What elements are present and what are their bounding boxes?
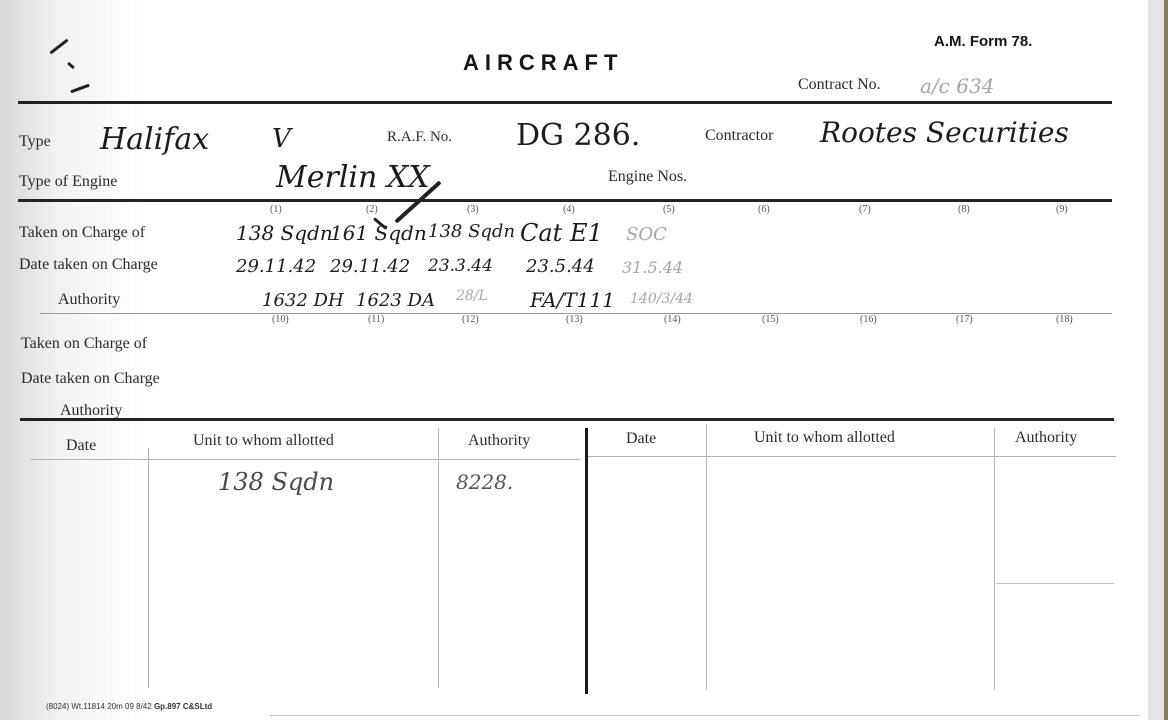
col-num-7: (7) [859,204,871,215]
left-row-1-authority: 8228. [456,470,513,494]
type-label: Type [19,133,51,151]
col-num-3: (3) [467,204,479,215]
print-info-prefix: (8024) Wt.11814 20m 09 8/42 [46,702,152,711]
col-num-5: (5) [663,204,675,215]
col-num-6: (6) [758,204,770,215]
right-authority-header: Authority [1015,429,1077,447]
contract-label: Contract No. [798,76,881,94]
type-mark-value: V [272,124,291,154]
corner-mark-icon [67,62,75,69]
table-center-divider [585,428,588,694]
contract-value: a/c 634 [920,74,994,98]
col-num-17: (17) [956,314,973,325]
entry-4-date: 23.5.44 [526,256,595,277]
form-page: AIRCRAFT A.M. Form 78. Contract No. a/c … [0,0,1148,720]
entry-1-authority: 1632 DH [262,290,344,311]
col-num-1: (1) [270,204,282,215]
entry-3-date: 23.3.44 [428,256,493,276]
entry-5-unit: SOC [626,224,667,245]
col-num-13: (13) [566,314,583,325]
col-num-11: (11) [368,314,384,325]
engine-nos-label: Engine Nos. [608,168,687,186]
col-num-18: (18) [1056,314,1073,325]
col-num-9: (9) [1056,204,1068,215]
contractor-value: Rootes Securities [820,116,1069,149]
taken-on-charge-label-1: Taken on Charge of [19,224,145,242]
left-header-underline [30,459,580,460]
corner-mark-icon [49,39,68,55]
entry-4-unit: Cat E1 [520,219,603,247]
col-num-10: (10) [272,314,289,325]
divider-engine [18,199,1112,202]
right-unit-header: Unit to whom allotted [754,429,895,447]
entry-2-date: 29.11.42 [330,256,410,277]
left-authority-header: Authority [468,432,530,450]
col-num-16: (16) [860,314,877,325]
date-taken-label-2: Date taken on Charge [21,370,160,388]
taken-on-charge-label-2: Taken on Charge of [21,335,147,353]
type-value: Halifax [100,122,209,157]
bottom-edge-line [270,715,1140,716]
right-date-header: Date [626,430,656,448]
date-taken-label-1: Date taken on Charge [19,256,158,274]
entry-3-unit: 138 Sqdn [428,221,515,242]
entry-5-authority: 140/3/44 [630,291,693,307]
entry-1-date: 29.11.42 [236,256,316,277]
col-num-8: (8) [958,204,970,215]
print-info-bold: Gp.897 C&SLtd [154,702,212,711]
engine-type-value: Merlin XX [276,160,430,195]
col-num-12: (12) [462,314,479,325]
left-date-header: Date [66,437,96,455]
divider-top [18,101,1112,104]
form-number: A.M. Form 78. [934,33,1032,50]
col-num-4: (4) [563,204,575,215]
contractor-label: Contractor [705,127,773,145]
entry-3-authority: 28/L [456,288,488,304]
print-info: (8024) Wt.11814 20m 09 8/42 Gp.897 C&SLt… [46,702,212,711]
col-num-14: (14) [664,314,681,325]
right-col-divider-2 [994,428,995,690]
entry-2-authority: 1623 DA [356,290,435,311]
corner-mark-icon [70,84,90,94]
col-num-15: (15) [762,314,779,325]
left-col-divider-1 [148,448,149,688]
form-title: AIRCRAFT [463,50,623,76]
left-row-1-unit: 138 Sqdn [218,468,334,496]
right-authority-rule [996,583,1114,584]
authority-label-1: Authority [58,291,120,309]
col-num-2: (2) [366,204,378,215]
scan-background [1164,0,1168,720]
engine-type-label: Type of Engine [19,173,117,191]
raf-no-label: R.A.F. No. [387,129,452,146]
right-header-underline [588,456,1116,457]
entry-4-authority: FA/T111 [530,288,615,312]
left-col-divider-2 [438,428,439,688]
entry-5-date: 31.5.44 [622,258,683,277]
entry-1-unit: 138 Sqdn [236,221,333,245]
entry-2-unit: 161 Sqdn [330,221,427,245]
left-unit-header: Unit to whom allotted [193,432,334,450]
raf-no-value: DG 286. [516,118,640,153]
right-col-divider-1 [706,424,707,690]
divider-allotment [20,418,1114,421]
scan-edge [1148,0,1164,720]
